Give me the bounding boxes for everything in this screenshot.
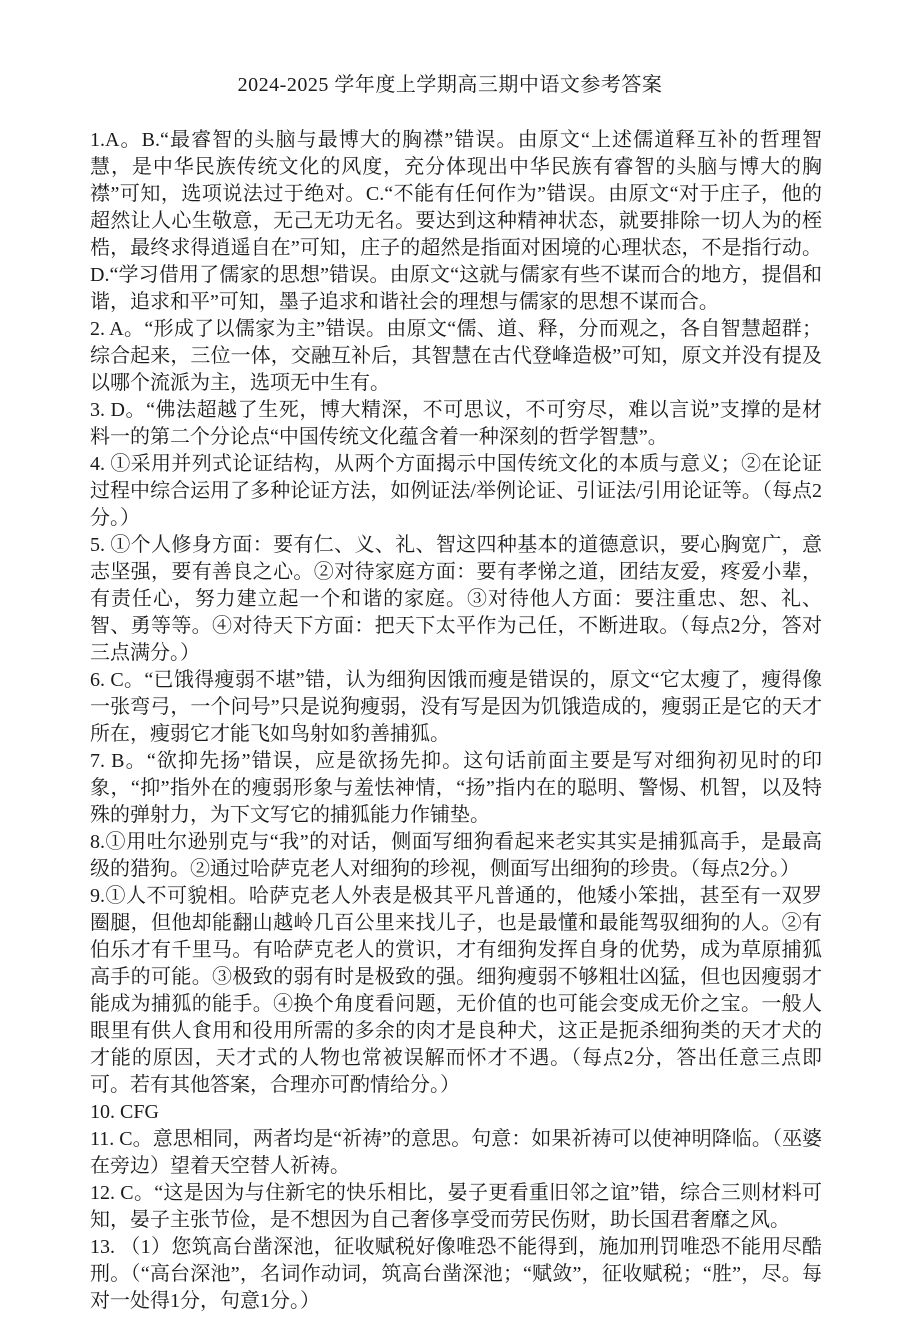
answer-paragraph-4: 4. ①采用并列式论证结构，从两个方面揭示中国传统文化的本质与意义；②在论证过程… [90,451,822,532]
answer-paragraph-2: 2. A。“形成了以儒家为主”错误。由原文“儒、道、释，分而观之，各自智慧超群；… [90,316,822,397]
answer-paragraph-13: 13. （1）您筑高台凿深池，征收赋税好像唯恐不能得到，施加刑罚唯恐不能用尽酷刑… [90,1234,822,1315]
answer-list: 1.A。B.“最睿智的头脑与最博大的胸襟”错误。由原文“上述儒道释互补的哲理智慧… [90,127,822,1315]
answer-paragraph-10: 10. CFG [90,1099,822,1126]
answer-paragraph-8: 8.①用吐尔逊别克与“我”的对话，侧面写细狗看起来老实其实是捕狐高手，是最高级的… [90,829,822,883]
answer-paragraph-3: 3. D。“佛法超越了生死，博大精深，不可思议，不可穷尽，难以言说”支撑的是材料… [90,397,822,451]
document-page: 2024-2025 学年度上学期高三期中语文参考答案 1.A。B.“最睿智的头脑… [0,0,900,1341]
answer-paragraph-7: 7. B。“欲抑先扬”错误，应是欲扬先抑。这句话前面主要是写对细狗初见时的印象，… [90,748,822,829]
answer-paragraph-12: 12. C。“这是因为与住新宅的快乐相比，晏子更看重旧邻之谊”错，综合三则材料可… [90,1180,822,1234]
answer-paragraph-11: 11. C。意思相同，两者均是“祈祷”的意思。句意：如果祈祷可以使神明降临。（巫… [90,1126,822,1180]
answer-paragraph-1: 1.A。B.“最睿智的头脑与最博大的胸襟”错误。由原文“上述儒道释互补的哲理智慧… [90,127,822,316]
answer-paragraph-9: 9.①人不可貌相。哈萨克老人外表是极其平凡普通的，他矮小笨拙，甚至有一双罗圈腿，… [90,883,822,1099]
answer-paragraph-6: 6. C。“已饿得瘦弱不堪”错，认为细狗因饿而瘦是错误的，原文“它太瘦了，瘦得像… [90,667,822,748]
answer-paragraph-5: 5. ①个人修身方面：要有仁、义、礼、智这四种基本的道德意识，要心胸宽广，意志坚… [90,532,822,667]
document-title: 2024-2025 学年度上学期高三期中语文参考答案 [0,0,900,97]
